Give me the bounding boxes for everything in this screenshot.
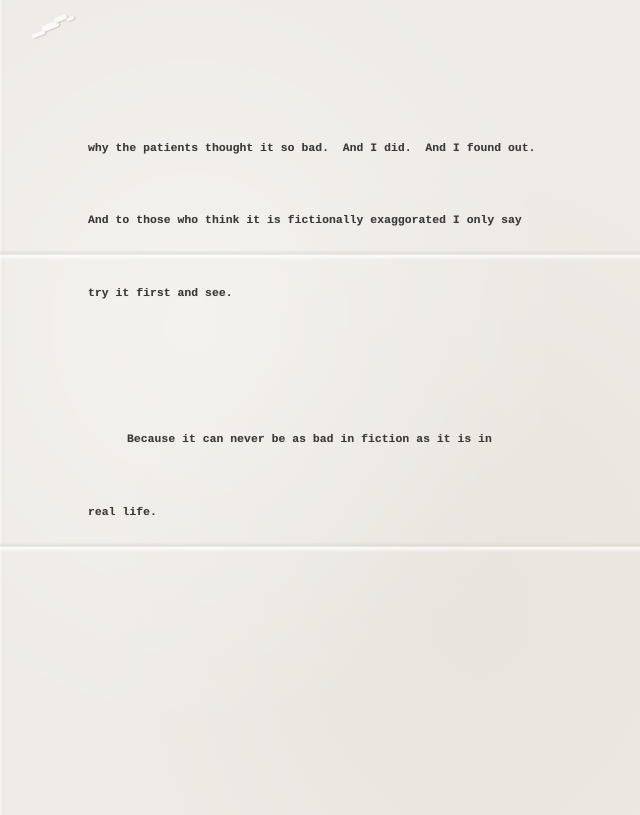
typewritten-text: why the patients thought it so bad. And … (88, 88, 536, 574)
text-line: why the patients thought it so bad. And … (88, 137, 536, 161)
paragraph-gap (88, 355, 536, 379)
paper-edge (0, 0, 4, 815)
paper-page: why the patients thought it so bad. And … (0, 0, 640, 815)
text-line: try it first and see. (88, 282, 536, 306)
text-line: And to those who think it is fictionally… (88, 209, 536, 233)
embossed-mark (25, 5, 83, 49)
text-line: real life. (88, 501, 536, 525)
text-line: Because it can never be as bad in fictio… (88, 428, 536, 452)
